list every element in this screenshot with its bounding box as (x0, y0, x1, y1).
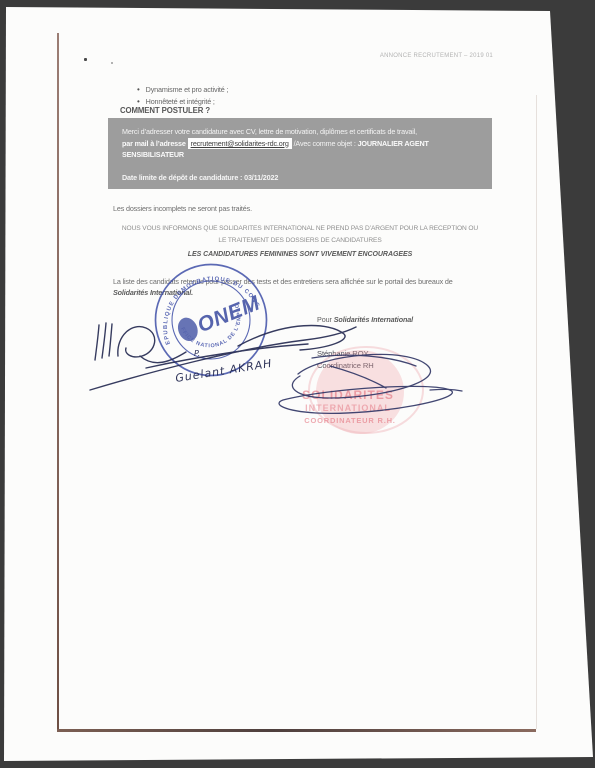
signature-intro: Pour Solidarités International (317, 315, 413, 324)
paper-edge-left (57, 33, 59, 730)
no-money-notice: NOUS VOUS INFORMONS QUE SOLIDARITES INTE… (108, 223, 492, 246)
instructions-line-3: SENSIBILISATEUR (122, 149, 492, 161)
scan-speck (84, 58, 87, 61)
job-title-part2: SENSIBILISATEUR (122, 150, 184, 159)
scanned-page (0, 0, 595, 768)
incomplete-files-note: Les dossiers incomplets ne seront pas tr… (113, 204, 252, 213)
instructions-line-2: par mail à l’adresse recrutement@solidar… (122, 138, 492, 150)
signatory-title: Coordinatrice RH (317, 360, 374, 372)
scan-speck (111, 62, 113, 64)
pour-label: Pour (317, 315, 332, 324)
subject-intro: /Avec comme objet : (294, 139, 356, 148)
notice-line-1: NOUS VOUS INFORMONS QUE SOLIDARITES INTE… (108, 223, 492, 235)
shortlist-info: La liste des candidats retenus pour pass… (113, 276, 453, 298)
shortlist-info-line-1: La liste des candidats retenus pour pass… (113, 276, 453, 287)
document-reference: ANNONCE RECRUTEMENT – 2019 01 (380, 53, 493, 59)
female-candidates-note: LES CANDIDATURES FEMININES SONT VIVEMENT… (108, 251, 492, 258)
job-title-part1: JOURNALIER AGENT (358, 139, 429, 148)
recruitment-email-link[interactable]: recrutement@solidarites-rdc.org (188, 138, 292, 149)
paper-edge-right (536, 95, 537, 729)
application-instructions-box: Merci d’adresser votre candidature avec … (108, 118, 492, 189)
signatory-block: Stéphanie ROY Coordinatrice RH (317, 348, 374, 372)
bullet-text: Dynamisme et pro activité ; (146, 84, 229, 96)
shortlist-info-org: Solidarités International. (113, 287, 453, 298)
instructions-line-1: Merci d’adresser votre candidature avec … (122, 126, 492, 138)
organization-name: Solidarités International (334, 315, 413, 324)
scanned-document-viewport: ANNONCE RECRUTEMENT – 2019 01 • Dynamism… (0, 0, 595, 768)
how-to-apply-heading: COMMENT POSTULER ? (120, 106, 210, 115)
signatory-name: Stéphanie ROY (317, 348, 374, 360)
list-item: • Dynamisme et pro activité ; (137, 84, 228, 96)
paper-edge-bottom (57, 729, 536, 732)
bullet-icon: • (137, 84, 140, 96)
application-deadline: Date limite de dépôt de candidature : 03… (122, 172, 492, 184)
qualities-bullet-list: • Dynamisme et pro activité ; • Honnêtet… (137, 84, 228, 108)
mail-to-label: par mail à l’adresse (122, 139, 186, 148)
notice-line-2: LE TRAITEMENT DES DOSSIERS DE CANDIDATUR… (108, 235, 492, 247)
